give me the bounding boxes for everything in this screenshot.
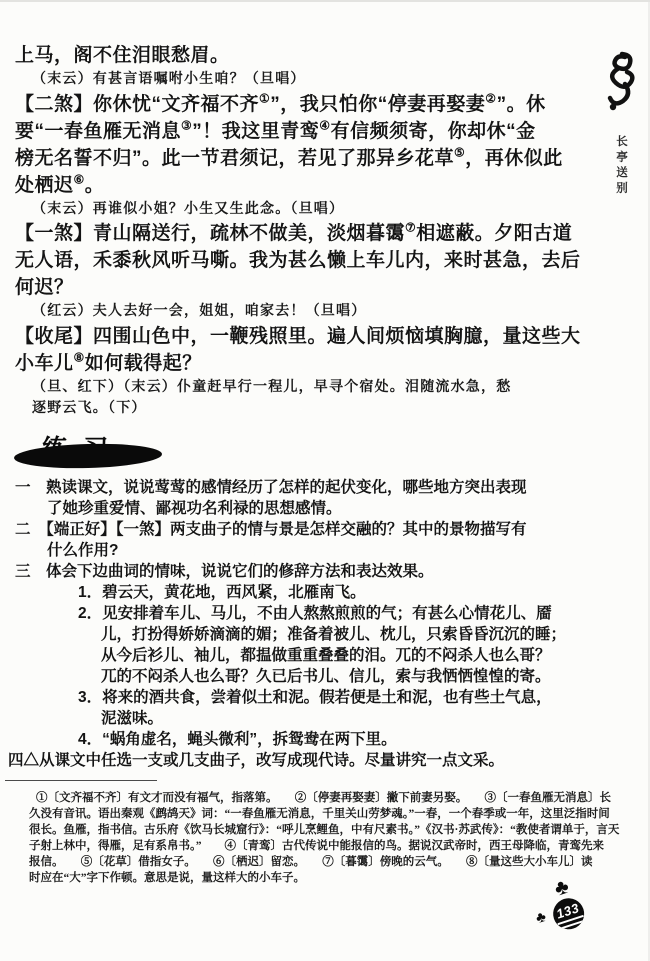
note-line: ①〔文齐福不齐〕有文才而没有福气，指落第。 ②〔停妻再娶妻〕撇下前妻另娶。 ③〔… bbox=[0, 790, 650, 806]
note-line: 子射上林中，得雁，足有系帛书。” ④〔青鸾〕古代传说中能报信的鸟。据说汉武帝时，… bbox=[0, 838, 650, 854]
footnote-ref-marker: ② bbox=[485, 91, 496, 105]
page-content: 上马，阁不住泪眼愁眉。（末云）有甚言语嘱咐小生咱？（旦唱）【二煞】你休忧“文齐福… bbox=[0, 42, 650, 886]
note-line: 久没有音讯。语出秦观《鹧鸪天》词：“一春鱼雁无消息，千里关山劳梦魂。”一春，一个… bbox=[0, 806, 650, 822]
stage-line: 逐野云飞。（下） bbox=[0, 398, 650, 420]
verse-line: 榜无名誓不归”。此一节君须记，若见了那异乡花草⑤，再休似此 bbox=[0, 145, 650, 172]
footnote-ref-marker: ⑦ bbox=[405, 221, 416, 235]
verse-line: 【一煞】青山隔送行，疏林不做美，淡烟暮霭⑦相遮蔽。夕阳古道 bbox=[0, 220, 650, 247]
footnotes-block: ①〔文齐福不齐〕有文才而没有福气，指落第。 ②〔停妻再娶妻〕撇下前妻另娶。 ③〔… bbox=[0, 790, 650, 886]
stage-line: （红云）夫人去好一会，姐姐，咱家去！（旦唱） bbox=[0, 301, 650, 323]
ex-line: 2．见安排着车儿、马儿，不由人熬熬煎煎的气；有甚么心情花儿、靥 bbox=[0, 603, 650, 624]
verse-line: 无人语，禾黍秋风听马嘶。我为甚么懒上车儿内，来时甚急，去后 bbox=[0, 247, 650, 274]
club-icon: ♣ bbox=[534, 908, 549, 927]
lesson-text-block: 上马，阁不住泪眼愁眉。（末云）有甚言语嘱咐小生咱？（旦唱）【二煞】你休忧“文齐福… bbox=[0, 42, 650, 420]
footnote-ref-marker: ⑥ bbox=[74, 172, 85, 186]
verse-line: 上马，阁不住泪眼愁眉。 bbox=[0, 42, 650, 69]
textbook-page: 上马，阁不住泪眼愁眉。（末云）有甚言语嘱咐小生咱？（旦唱）【二煞】你休忧“文齐福… bbox=[0, 0, 650, 961]
exc-line: 儿，打扮得娇娇滴滴的媚；准备着被儿、枕儿，只索昏昏沉沉的睡； bbox=[0, 624, 650, 645]
footnote-ref-marker: ⑤ bbox=[454, 145, 465, 159]
verse-line: 处栖迟⑥。 bbox=[0, 172, 650, 199]
verse-line: 何迟？ bbox=[0, 274, 650, 301]
footnote-ref-marker: ① bbox=[259, 91, 270, 105]
exc-line: 泥滋味。 bbox=[0, 708, 650, 729]
exercises-section: 练习 一 熟读课文，说说莺莺的感情经历了怎样的起伏变化，哪些地方突出表现了她珍重… bbox=[0, 434, 650, 771]
footnote-ref-marker: ⑧ bbox=[74, 350, 85, 364]
exc-line: 兀的不闷杀人也么哥？久已后书儿、信儿，索与我恓恓惶惶的寄。 bbox=[0, 666, 650, 687]
stage-line: （末云）再谁似小姐？小生又生此念。（旦唱） bbox=[0, 199, 650, 221]
exercises-list: 一 熟读课文，说说莺莺的感情经历了怎样的起伏变化，哪些地方突出表现了她珍重爱情、… bbox=[0, 477, 650, 771]
footnote-ref-marker: ④ bbox=[319, 118, 330, 132]
footnote-separator bbox=[5, 780, 157, 781]
exc-line: 什么作用? bbox=[0, 540, 650, 561]
exc-line: 从今后衫儿、袖儿，都揾做重重叠叠的泪。兀的不闷杀人也么哥？ bbox=[0, 645, 650, 666]
ex-line: 一 熟读课文，说说莺莺的感情经历了怎样的起伏变化，哪些地方突出表现 bbox=[0, 477, 650, 498]
ex-line: 1．碧云天，黄花地，西风紧，北雁南飞。 bbox=[0, 582, 650, 603]
verse-line: 【收尾】四围山色中，一鞭残照里。遍人间烦恼填胸臆，量这些大 bbox=[0, 323, 650, 350]
stage-line: （末云）有甚言语嘱咐小生咱？（旦唱） bbox=[0, 69, 650, 91]
calligraphy-flourish-icon bbox=[598, 48, 636, 114]
exercises-header: 练习 bbox=[0, 434, 650, 471]
ex-line: 3．将来的酒共食，尝着似土和泥。假若便是土和泥，也有些土气息， bbox=[0, 687, 650, 708]
stage-line: （旦、红下）（末云）仆童赶早行一程儿，早寻个宿处。泪随流水急，愁 bbox=[0, 377, 650, 399]
verse-line: 【二煞】你休忧“文齐福不齐①”，我只怕你“停妻再娶妻②”。休 bbox=[0, 91, 650, 118]
exc-line: 了她珍重爱情、鄙视功名利禄的思想感情。 bbox=[0, 498, 650, 519]
verse-line: 小车儿⑧如何载得起？ bbox=[0, 350, 650, 377]
note-line: 很长。鱼雁，指书信。古乐府《饮马长城窟行》：“呼儿烹鲤鱼，中有尺素书。”《汉书·… bbox=[0, 822, 650, 838]
ex-line: 二 【端正好】【一煞】两支曲子的情与景是怎样交融的？其中的景物描写有 bbox=[0, 519, 650, 540]
ex-line: 4．“蜗角虚名，蝇头微利”，拆鸳鸯在两下里。 bbox=[0, 729, 650, 750]
footnote-ref-marker: ③ bbox=[181, 118, 192, 132]
header-ellipse-decoration bbox=[14, 442, 163, 470]
ex-line: 四△从课文中任选一支或几支曲子，改写成现代诗。尽量讲究一点文采。 bbox=[0, 750, 650, 771]
page-number-badge: 133 bbox=[549, 894, 588, 933]
verse-line: 要“一春鱼雁无消息③”！我这里青鸾④有信频须寄，你却休“金 bbox=[0, 118, 650, 145]
note-line: 报信。 ⑤〔花草〕借指女子。 ⑥〔栖迟〕留恋。 ⑦〔暮霭〕傍晚的云气。 ⑧〔量这… bbox=[0, 854, 650, 870]
margin-lesson-title: 长亭送别 bbox=[613, 135, 629, 197]
ex-line: 三 体会下边曲词的情味，说说它们的修辞方法和表达效果。 bbox=[0, 561, 650, 582]
